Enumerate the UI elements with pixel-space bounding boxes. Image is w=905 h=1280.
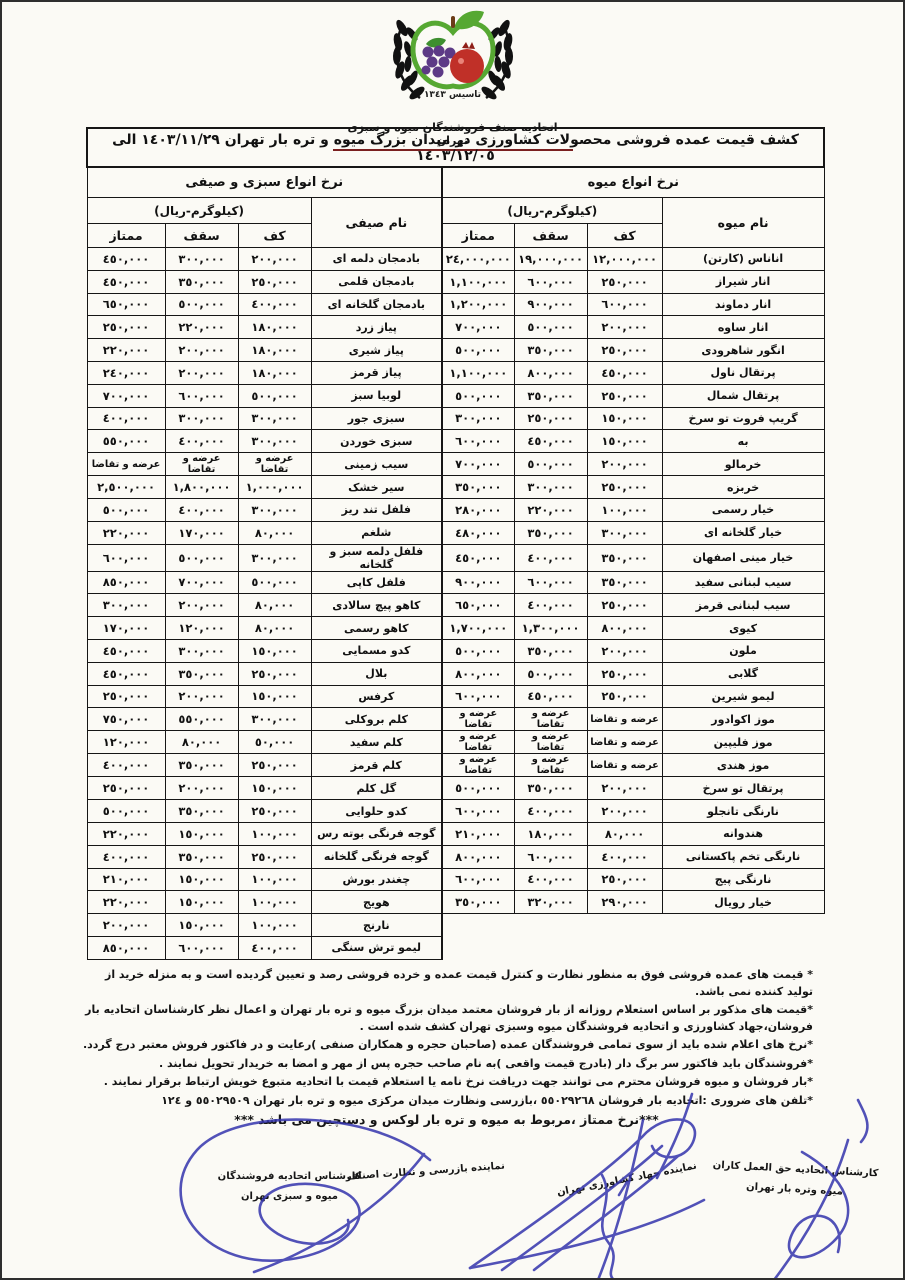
fruit-name-cell: خربزه xyxy=(662,476,824,499)
table-row: لیمو ترش سنگی٤٠٠,٠٠٠٦٠٠,٠٠٠٨٥٠,٠٠٠ xyxy=(87,936,824,959)
fruit-floor-cell: ٨٠,٠٠٠ xyxy=(587,822,662,845)
veg-floor-cell: ٣٠٠,٠٠٠ xyxy=(238,708,311,731)
fruit-premium-cell: ٦٠٠,٠٠٠ xyxy=(442,430,514,453)
fruit-premium-cell: ٦٠٠,٠٠٠ xyxy=(442,685,514,708)
veg-ceiling-cell: ٣٠٠,٠٠٠ xyxy=(165,407,238,430)
veg-ceiling-cell: ٥٥٠,٠٠٠ xyxy=(165,708,238,731)
signature-label-line: کارشناس اتحادیه فروشندگان xyxy=(218,1171,362,1182)
fruit-premium-cell: ٥٠٠,٠٠٠ xyxy=(442,639,514,662)
table-row: موز هندیعرضه و تقاضاعرضه و تقاضاعرضه و ت… xyxy=(87,754,824,777)
fruit-name-cell: اناناس (کارتن) xyxy=(662,248,824,271)
fruit-section-header: نرخ انواع میوه xyxy=(442,167,824,198)
veg-premium-cell: ٢٢٠,٠٠٠ xyxy=(87,891,165,914)
veg-name-cell: پیاز قرمز xyxy=(311,361,442,384)
veg-floor-cell: ١٠٠,٠٠٠ xyxy=(238,914,311,937)
table-row: خیار رویال٢٩٠,٠٠٠٣٢٠,٠٠٠٣٥٠,٠٠٠هویج١٠٠,٠… xyxy=(87,891,824,914)
fruit-ceiling-cell: ٢٥٠,٠٠٠ xyxy=(514,407,587,430)
veg-premium-header: ممتاز xyxy=(87,224,165,248)
veg-name-cell: پیاز زرد xyxy=(311,316,442,339)
table-row: اناناس (کارتن)١٢,٠٠٠,٠٠٠١٩,٠٠٠,٠٠٠٢٤,٠٠٠… xyxy=(87,248,824,271)
premium-rate-note: ***نرخ ممتاز ،مربوط به میوه و تره بار لو… xyxy=(80,1111,813,1130)
table-row: پرتقال تو سرخ٢٠٠,٠٠٠٣٥٠,٠٠٠٥٠٠,٠٠٠گل کلم… xyxy=(87,777,824,800)
fruit-ceiling-cell: ٣٠٠,٠٠٠ xyxy=(514,476,587,499)
fruit-floor-cell: ٢٩٠,٠٠٠ xyxy=(587,891,662,914)
veg-name-cell: فلفل کاپی xyxy=(311,571,442,594)
table-row: خیار گلخانه ای٣٠٠,٠٠٠٣٥٠,٠٠٠٤٨٠,٠٠٠شلغم٨… xyxy=(87,521,824,544)
fruit-premium-cell: ٤٨٠,٠٠٠ xyxy=(442,521,514,544)
fruit-premium-cell: ٦٠٠,٠٠٠ xyxy=(442,800,514,823)
veg-floor-cell: ٢٥٠,٠٠٠ xyxy=(238,845,311,868)
fruit-ceiling-cell: ٤٥٠,٠٠٠ xyxy=(514,430,587,453)
table-row: نارنگی تانجلو٢٠٠,٠٠٠٤٠٠,٠٠٠٦٠٠,٠٠٠کدو حل… xyxy=(87,800,824,823)
fruit-floor-cell: ٣٠٠,٠٠٠ xyxy=(587,521,662,544)
footnotes: * قیمت های عمده فروشی فوق به منظور نظارت… xyxy=(80,965,813,1132)
fruit-name-cell: موز فلیپین xyxy=(662,731,824,754)
fruit-floor-cell: ٦٠٠,٠٠٠ xyxy=(587,293,662,316)
fruit-premium-cell: ٢٨٠,٠٠٠ xyxy=(442,498,514,521)
veg-floor-cell: ٨٠,٠٠٠ xyxy=(238,617,311,640)
signature-label-commission-agents: کارشناس اتحادیه حق العمل کاران میوه وتره… xyxy=(704,1155,886,1204)
fruit-premium-cell: ١,٢٠٠,٠٠٠ xyxy=(442,293,514,316)
signature-label-sellers-union: کارشناس اتحادیه فروشندگان میوه و سبزی ته… xyxy=(212,1167,367,1207)
veg-ceiling-cell: ١٥٠,٠٠٠ xyxy=(165,868,238,891)
veg-ceiling-cell: ٣٥٠,٠٠٠ xyxy=(165,754,238,777)
fruit-floor-cell: ٢٥٠,٠٠٠ xyxy=(587,662,662,685)
fruit-ceiling-cell: ٥٠٠,٠٠٠ xyxy=(514,316,587,339)
table-row: خیار رسمی١٠٠,٠٠٠٢٢٠,٠٠٠٢٨٠,٠٠٠فلفل تند ر… xyxy=(87,498,824,521)
footnote-6-phones: *تلفن های ضروری :اتحادیه بار فروشان ٥٥٠٢… xyxy=(80,1093,813,1110)
table-row: نارنگی تخم پاکستانی٤٠٠,٠٠٠٦٠٠,٠٠٠٨٠٠,٠٠٠… xyxy=(87,845,824,868)
veg-name-cell: لوبیا سبز xyxy=(311,384,442,407)
veg-premium-cell: ٤٠٠,٠٠٠ xyxy=(87,407,165,430)
fruit-premium-cell: ٨٠٠,٠٠٠ xyxy=(442,662,514,685)
fruit-premium-cell: ٢١٠,٠٠٠ xyxy=(442,822,514,845)
fruit-floor-cell: ٣٥٠,٠٠٠ xyxy=(587,571,662,594)
veg-name-cell: گل کلم xyxy=(311,777,442,800)
veg-floor-cell: ١٥٠,٠٠٠ xyxy=(238,685,311,708)
price-table: کشف قیمت عمده فروشی محصولات کشاورزی در م… xyxy=(86,127,825,960)
fruit-ceiling-cell: ٤٠٠,٠٠٠ xyxy=(514,544,587,571)
veg-premium-cell: ٢,٥٠٠,٠٠٠ xyxy=(87,476,165,499)
fruit-premium-cell xyxy=(442,936,514,959)
veg-name-header: نام صیفی xyxy=(311,198,442,248)
signature-label-jahad-agriculture: نماینده جهاد کشاورزی تهران xyxy=(547,1155,708,1205)
veg-name-cell: کلم قرمز xyxy=(311,754,442,777)
table-row: خربزه٢٥٠,٠٠٠٣٠٠,٠٠٠٣٥٠,٠٠٠سیر خشک١,٠٠٠,٠… xyxy=(87,476,824,499)
fruit-premium-cell: ٧٠٠,٠٠٠ xyxy=(442,316,514,339)
table-title-row: کشف قیمت عمده فروشی محصولات کشاورزی در م… xyxy=(87,128,824,167)
fruit-premium-cell: عرضه و تقاضا xyxy=(442,708,514,731)
fruit-premium-cell xyxy=(442,914,514,937)
fruit-premium-cell: ١,١٠٠,٠٠٠ xyxy=(442,270,514,293)
veg-floor-cell: ١٨٠,٠٠٠ xyxy=(238,339,311,362)
veg-premium-cell: ٢٢٠,٠٠٠ xyxy=(87,339,165,362)
fruit-floor-cell: ١٥٠,٠٠٠ xyxy=(587,430,662,453)
veg-ceiling-cell: ١,٨٠٠,٠٠٠ xyxy=(165,476,238,499)
veg-floor-cell: ١٨٠,٠٠٠ xyxy=(238,316,311,339)
fruit-premium-cell: ٣٠٠,٠٠٠ xyxy=(442,407,514,430)
fruit-name-cell: سیب لبنانی قرمز xyxy=(662,594,824,617)
veg-premium-cell: ٥٥٠,٠٠٠ xyxy=(87,430,165,453)
table-row: انگور شاهرودی٢٥٠,٠٠٠٣٥٠,٠٠٠٥٠٠,٠٠٠پیاز ش… xyxy=(87,339,824,362)
fruit-name-cell: پرتقال تو سرخ xyxy=(662,777,824,800)
section-header-row: نرخ انواع میوه نرخ انواع سبزی و صیفی xyxy=(87,167,824,198)
fruit-premium-cell: ٥٠٠,٠٠٠ xyxy=(442,384,514,407)
veg-ceiling-cell: ٢٢٠,٠٠٠ xyxy=(165,316,238,339)
fruit-ceiling-cell xyxy=(514,936,587,959)
footnote-3: *نرخ های اعلام شده باید از سوی تمامی فرو… xyxy=(80,1037,813,1054)
footnote-5: *بار فروشان و میوه فروشان محترم می توانن… xyxy=(80,1074,813,1091)
fruit-name-cell: موز اکوادور xyxy=(662,708,824,731)
table-row: خرمالو٢٠٠,٠٠٠٥٠٠,٠٠٠٧٠٠,٠٠٠سیب زمینیعرضه… xyxy=(87,453,824,476)
veg-ceiling-cell: ٢٠٠,٠٠٠ xyxy=(165,594,238,617)
veg-name-cell: شلغم xyxy=(311,521,442,544)
fruit-name-cell: لیمو شیرین xyxy=(662,685,824,708)
fruit-name-cell: نارنگی تانجلو xyxy=(662,800,824,823)
fruit-ceiling-cell: ٣٥٠,٠٠٠ xyxy=(514,384,587,407)
veg-ceiling-cell: ٦٠٠,٠٠٠ xyxy=(165,384,238,407)
table-row: گلابی٢٥٠,٠٠٠٥٠٠,٠٠٠٨٠٠,٠٠٠بلال٢٥٠,٠٠٠٣٥٠… xyxy=(87,662,824,685)
table-row: هندوانه٨٠,٠٠٠١٨٠,٠٠٠٢١٠,٠٠٠گوجه فرنگی بو… xyxy=(87,822,824,845)
fruit-floor-cell: ٨٠٠,٠٠٠ xyxy=(587,617,662,640)
fruit-floor-cell: ٢٠٠,٠٠٠ xyxy=(587,639,662,662)
veg-name-cell: کلم سفید xyxy=(311,731,442,754)
fruit-floor-cell: ٢٥٠,٠٠٠ xyxy=(587,594,662,617)
veg-premium-cell: ٢٢٠,٠٠٠ xyxy=(87,521,165,544)
table-row: کیوی٨٠٠,٠٠٠١,٣٠٠,٠٠٠١,٧٠٠,٠٠٠کاهو رسمی٨٠… xyxy=(87,617,824,640)
table-row: نارنج١٠٠,٠٠٠١٥٠,٠٠٠٢٠٠,٠٠٠ xyxy=(87,914,824,937)
fruit-floor-cell: ٢٠٠,٠٠٠ xyxy=(587,453,662,476)
fruit-ceiling-cell: ٥٠٠,٠٠٠ xyxy=(514,453,587,476)
fruit-unit-header: (کیلوگرم-ریال) xyxy=(442,198,662,224)
veg-ceiling-cell: ١٥٠,٠٠٠ xyxy=(165,891,238,914)
fruit-ceiling-cell: ٤٥٠,٠٠٠ xyxy=(514,685,587,708)
veg-name-cell: نارنج xyxy=(311,914,442,937)
fruit-floor-cell: عرضه و تقاضا xyxy=(587,731,662,754)
veg-premium-cell: ١٢٠,٠٠٠ xyxy=(87,731,165,754)
veg-floor-cell: ٢٠٠,٠٠٠ xyxy=(238,248,311,271)
veg-ceiling-cell: ٤٠٠,٠٠٠ xyxy=(165,498,238,521)
fruit-name-cell: به xyxy=(662,430,824,453)
fruit-premium-cell: ٥٠٠,٠٠٠ xyxy=(442,777,514,800)
veg-floor-cell: ٣٠٠,٠٠٠ xyxy=(238,498,311,521)
veg-floor-cell: ٥٠٠,٠٠٠ xyxy=(238,571,311,594)
veg-name-cell: سبزی خوردن xyxy=(311,430,442,453)
unit-header-row: نام میوه (کیلوگرم-ریال) نام صیفی (کیلوگر… xyxy=(87,198,824,224)
fruit-ceiling-cell: ٦٠٠,٠٠٠ xyxy=(514,270,587,293)
fruit-floor-cell: ٢٠٠,٠٠٠ xyxy=(587,777,662,800)
signature-label-line: نماینده بازرسی و نظارت اصناف xyxy=(346,1161,505,1183)
fruit-floor-header: کف xyxy=(587,224,662,248)
fruit-ceiling-cell: عرضه و تقاضا xyxy=(514,754,587,777)
veg-premium-cell: ٤٥٠,٠٠٠ xyxy=(87,248,165,271)
veg-name-cell: گوجه فرنگی گلخانه xyxy=(311,845,442,868)
table-row: ملون٢٠٠,٠٠٠٣٥٠,٠٠٠٥٠٠,٠٠٠کدو مسمایی١٥٠,٠… xyxy=(87,639,824,662)
veg-unit-header: (کیلوگرم-ریال) xyxy=(87,198,311,224)
fruit-floor-cell: ٤٥٠,٠٠٠ xyxy=(587,361,662,384)
veg-floor-cell: ٢٥٠,٠٠٠ xyxy=(238,270,311,293)
fruit-name-cell: خرمالو xyxy=(662,453,824,476)
fruit-premium-cell: ٣٥٠,٠٠٠ xyxy=(442,891,514,914)
fruit-ceiling-cell: ٣٥٠,٠٠٠ xyxy=(514,339,587,362)
veg-name-cell: کدو مسمایی xyxy=(311,639,442,662)
grapes-icon xyxy=(421,38,455,78)
fruit-floor-cell: ١٠٠,٠٠٠ xyxy=(587,498,662,521)
veg-section-header: نرخ انواع سبزی و صیفی xyxy=(87,167,442,198)
fruit-premium-cell: ٨٠٠,٠٠٠ xyxy=(442,845,514,868)
veg-name-cell: بادمجان گلخانه ای xyxy=(311,293,442,316)
table-row: به١٥٠,٠٠٠٤٥٠,٠٠٠٦٠٠,٠٠٠سبزی خوردن٣٠٠,٠٠٠… xyxy=(87,430,824,453)
veg-ceiling-cell: ١٥٠,٠٠٠ xyxy=(165,822,238,845)
veg-floor-cell: ٢٥٠,٠٠٠ xyxy=(238,662,311,685)
veg-floor-cell: ١٠٠,٠٠٠ xyxy=(238,822,311,845)
veg-floor-cell: ٣٠٠,٠٠٠ xyxy=(238,544,311,571)
fruit-premium-cell: عرضه و تقاضا xyxy=(442,754,514,777)
veg-floor-cell: ١٥٠,٠٠٠ xyxy=(238,777,311,800)
fruit-premium-cell: عرضه و تقاضا xyxy=(442,731,514,754)
fruit-ceiling-cell: ٦٠٠,٠٠٠ xyxy=(514,845,587,868)
price-table-body: اناناس (کارتن)١٢,٠٠٠,٠٠٠١٩,٠٠٠,٠٠٠٢٤,٠٠٠… xyxy=(87,248,824,960)
veg-premium-cell: ٤٥٠,٠٠٠ xyxy=(87,639,165,662)
table-row: خیار مینی اصفهان٣٥٠,٠٠٠٤٠٠,٠٠٠٤٥٠,٠٠٠فلف… xyxy=(87,544,824,571)
fruit-floor-cell: ٢٥٠,٠٠٠ xyxy=(587,476,662,499)
table-row: انار شیراز٢٥٠,٠٠٠٦٠٠,٠٠٠١,١٠٠,٠٠٠بادمجان… xyxy=(87,270,824,293)
signature-label-line: میوه و سبزی تهران xyxy=(241,1191,338,1202)
fruit-name-cell: انار شیراز xyxy=(662,270,824,293)
veg-ceiling-cell: ٣٥٠,٠٠٠ xyxy=(165,270,238,293)
fruit-floor-cell: ٢٥٠,٠٠٠ xyxy=(587,339,662,362)
veg-ceiling-cell: ٣٥٠,٠٠٠ xyxy=(165,662,238,685)
footnote-2: *قیمت های مذکور بر اساس استعلام روزانه ا… xyxy=(80,1002,813,1035)
veg-ceiling-cell: ١٧٠,٠٠٠ xyxy=(165,521,238,544)
veg-floor-cell: عرضه و تقاضا xyxy=(238,453,311,476)
veg-ceiling-cell: ١٢٠,٠٠٠ xyxy=(165,617,238,640)
veg-premium-cell: ٢١٠,٠٠٠ xyxy=(87,868,165,891)
veg-premium-cell: ٨٥٠,٠٠٠ xyxy=(87,936,165,959)
fruit-floor-cell: ٢٥٠,٠٠٠ xyxy=(587,868,662,891)
fruit-floor-cell: ٢٥٠,٠٠٠ xyxy=(587,270,662,293)
fruit-name-cell: موز هندی xyxy=(662,754,824,777)
signature-label-guild-inspection: نماینده بازرسی و نظارت اصناف xyxy=(349,1157,505,1188)
veg-ceiling-cell: ٥٠٠,٠٠٠ xyxy=(165,544,238,571)
fruit-ceiling-cell: ٨٠٠,٠٠٠ xyxy=(514,361,587,384)
table-row: گریپ فروت تو سرخ١٥٠,٠٠٠٢٥٠,٠٠٠٣٠٠,٠٠٠سبز… xyxy=(87,407,824,430)
fruit-name-cell: انار ساوه xyxy=(662,316,824,339)
fruit-premium-cell: ٦٥٠,٠٠٠ xyxy=(442,594,514,617)
veg-name-cell: کاهو رسمی xyxy=(311,617,442,640)
veg-premium-cell: ٢٠٠,٠٠٠ xyxy=(87,914,165,937)
veg-ceiling-header: سقف xyxy=(165,224,238,248)
veg-name-cell: کرفس xyxy=(311,685,442,708)
table-row: انار ساوه٢٠٠,٠٠٠٥٠٠,٠٠٠٧٠٠,٠٠٠پیاز زرد١٨… xyxy=(87,316,824,339)
fruit-name-cell: خیار مینی اصفهان xyxy=(662,544,824,571)
veg-ceiling-cell: ٣٥٠,٠٠٠ xyxy=(165,845,238,868)
fruit-ceiling-cell: ٣٥٠,٠٠٠ xyxy=(514,521,587,544)
veg-premium-cell: ٤٥٠,٠٠٠ xyxy=(87,662,165,685)
veg-name-cell: چغندر بورش xyxy=(311,868,442,891)
veg-premium-cell: ٦٠٠,٠٠٠ xyxy=(87,544,165,571)
footnote-4: *فروشندگان باید فاکتور سر برگ دار (بادرج… xyxy=(80,1056,813,1073)
veg-name-cell: بادمجان دلمه ای xyxy=(311,248,442,271)
scanned-price-sheet: تاسیس ١٣٤٣ اتحادیه صنف فروشندگان میوه و … xyxy=(0,0,905,1280)
veg-premium-cell: ١٧٠,٠٠٠ xyxy=(87,617,165,640)
fruit-floor-cell: ٢٠٠,٠٠٠ xyxy=(587,800,662,823)
veg-floor-cell: ١٥٠,٠٠٠ xyxy=(238,639,311,662)
veg-premium-cell: ٨٥٠,٠٠٠ xyxy=(87,571,165,594)
veg-premium-cell: ٥٠٠,٠٠٠ xyxy=(87,800,165,823)
fruit-ceiling-cell: عرضه و تقاضا xyxy=(514,731,587,754)
veg-name-cell: بلال xyxy=(311,662,442,685)
table-row: سیب لبنانی قرمز٢٥٠,٠٠٠٤٠٠,٠٠٠٦٥٠,٠٠٠کاهو… xyxy=(87,594,824,617)
table-row: لیمو شیرین٢٥٠,٠٠٠٤٥٠,٠٠٠٦٠٠,٠٠٠کرفس١٥٠,٠… xyxy=(87,685,824,708)
veg-floor-cell: ٨٠,٠٠٠ xyxy=(238,594,311,617)
veg-ceiling-cell: ١٥٠,٠٠٠ xyxy=(165,914,238,937)
veg-premium-cell: ٢٥٠,٠٠٠ xyxy=(87,685,165,708)
veg-ceiling-cell: ٨٠,٠٠٠ xyxy=(165,731,238,754)
veg-ceiling-cell: ٣٠٠,٠٠٠ xyxy=(165,639,238,662)
table-row: موز اکوادورعرضه و تقاضاعرضه و تقاضاعرضه … xyxy=(87,708,824,731)
veg-ceiling-cell: ٤٠٠,٠٠٠ xyxy=(165,430,238,453)
fruit-name-cell: ملون xyxy=(662,639,824,662)
fruit-name-cell: نارنگی تخم پاکستانی xyxy=(662,845,824,868)
veg-name-cell: سبزی جور xyxy=(311,407,442,430)
fruit-ceiling-cell: ٢٢٠,٠٠٠ xyxy=(514,498,587,521)
veg-premium-cell: ٢٢٠,٠٠٠ xyxy=(87,822,165,845)
pomegranate-icon xyxy=(450,42,484,83)
fruit-name-header: نام میوه xyxy=(662,198,824,248)
fruit-floor-cell xyxy=(587,914,662,937)
veg-name-cell: کلم بروکلی xyxy=(311,708,442,731)
fruit-ceiling-cell: ٤٠٠,٠٠٠ xyxy=(514,868,587,891)
fruit-floor-cell: ٢٥٠,٠٠٠ xyxy=(587,685,662,708)
veg-floor-cell: ٤٠٠,٠٠٠ xyxy=(238,936,311,959)
veg-floor-cell: ١,٠٠٠,٠٠٠ xyxy=(238,476,311,499)
veg-name-cell: هویج xyxy=(311,891,442,914)
veg-floor-cell: ١٨٠,٠٠٠ xyxy=(238,361,311,384)
veg-name-cell: فلفل دلمه سبز و گلخانه xyxy=(311,544,442,571)
signature-label-line: کارشناس اتحادیه حق العمل کاران xyxy=(712,1160,878,1180)
veg-name-cell: لیمو ترش سنگی xyxy=(311,936,442,959)
veg-premium-cell: ٤٠٠,٠٠٠ xyxy=(87,754,165,777)
fruit-floor-cell: ٤٠٠,٠٠٠ xyxy=(587,845,662,868)
fruit-name-cell: خیار گلخانه ای xyxy=(662,521,824,544)
fruit-ceiling-cell: ٤٠٠,٠٠٠ xyxy=(514,800,587,823)
fruit-ceiling-cell: ١٨٠,٠٠٠ xyxy=(514,822,587,845)
fruit-name-cell: انگور شاهرودی xyxy=(662,339,824,362)
veg-premium-cell: ٧٥٠,٠٠٠ xyxy=(87,708,165,731)
veg-ceiling-cell: ٢٠٠,٠٠٠ xyxy=(165,777,238,800)
fruit-floor-cell: ١٥٠,٠٠٠ xyxy=(587,407,662,430)
veg-premium-cell: ٦٥٠,٠٠٠ xyxy=(87,293,165,316)
table-title: کشف قیمت عمده فروشی محصولات کشاورزی در م… xyxy=(87,128,824,167)
veg-premium-cell: ٢٤٠,٠٠٠ xyxy=(87,361,165,384)
veg-floor-cell: ٥٠,٠٠٠ xyxy=(238,731,311,754)
fruit-name-cell: نارنگی پیج xyxy=(662,868,824,891)
fruit-floor-cell: عرضه و تقاضا xyxy=(587,708,662,731)
fruit-ceiling-cell: ٣٥٠,٠٠٠ xyxy=(514,639,587,662)
veg-name-cell: کاهو پیچ سالادی xyxy=(311,594,442,617)
veg-premium-cell: ٢٥٠,٠٠٠ xyxy=(87,777,165,800)
fruit-name-cell: گریپ فروت تو سرخ xyxy=(662,407,824,430)
veg-premium-cell: ٢٥٠,٠٠٠ xyxy=(87,316,165,339)
table-row: سیب لبنانی سفید٣٥٠,٠٠٠٦٠٠,٠٠٠٩٠٠,٠٠٠فلفل… xyxy=(87,571,824,594)
fruit-name-cell: کیوی xyxy=(662,617,824,640)
veg-floor-cell: ٢٥٠,٠٠٠ xyxy=(238,800,311,823)
veg-floor-cell: ٤٠٠,٠٠٠ xyxy=(238,293,311,316)
fruit-premium-cell: ٥٠٠,٠٠٠ xyxy=(442,339,514,362)
signature-label-line: میوه وتره بار تهران xyxy=(746,1181,843,1197)
fruit-name-cell: خیار رویال xyxy=(662,891,824,914)
table-row: پرتقال ناول٤٥٠,٠٠٠٨٠٠,٠٠٠١,١٠٠,٠٠٠پیاز ق… xyxy=(87,361,824,384)
fruit-name-cell: انار دماوند xyxy=(662,293,824,316)
fruit-premium-cell: ٣٥٠,٠٠٠ xyxy=(442,476,514,499)
veg-floor-cell: ٥٠٠,٠٠٠ xyxy=(238,384,311,407)
veg-ceiling-cell: ٢٠٠,٠٠٠ xyxy=(165,361,238,384)
veg-ceiling-cell: ٥٠٠,٠٠٠ xyxy=(165,293,238,316)
veg-floor-cell: ٨٠,٠٠٠ xyxy=(238,521,311,544)
veg-premium-cell: عرضه و تقاضا xyxy=(87,453,165,476)
logo-established-text: تاسیس ١٣٤٣ xyxy=(333,90,573,100)
veg-ceiling-cell: ٣٠٠,٠٠٠ xyxy=(165,248,238,271)
fruit-name-cell: سیب لبنانی سفید xyxy=(662,571,824,594)
fruit-premium-cell: ٧٠٠,٠٠٠ xyxy=(442,453,514,476)
fruit-premium-cell: ٦٠٠,٠٠٠ xyxy=(442,868,514,891)
footnote-1: * قیمت های عمده فروشی فوق به منظور نظارت… xyxy=(80,967,813,1000)
fruit-floor-cell: عرضه و تقاضا xyxy=(587,754,662,777)
table-row: پرتقال شمال٢٥٠,٠٠٠٣٥٠,٠٠٠٥٠٠,٠٠٠لوبیا سب… xyxy=(87,384,824,407)
fruit-ceiling-header: سقف xyxy=(514,224,587,248)
veg-name-cell: گوجه فرنگی بوته رس xyxy=(311,822,442,845)
fruit-premium-cell: ١,٧٠٠,٠٠٠ xyxy=(442,617,514,640)
veg-floor-cell: ١٠٠,٠٠٠ xyxy=(238,891,311,914)
fruit-floor-cell: ١٢,٠٠٠,٠٠٠ xyxy=(587,248,662,271)
table-row: موز فلیپینعرضه و تقاضاعرضه و تقاضاعرضه و… xyxy=(87,731,824,754)
veg-floor-cell: ٣٠٠,٠٠٠ xyxy=(238,407,311,430)
fruit-name-cell: پرتقال شمال xyxy=(662,384,824,407)
fruit-premium-cell: ١,١٠٠,٠٠٠ xyxy=(442,361,514,384)
veg-premium-cell: ٤٠٠,٠٠٠ xyxy=(87,845,165,868)
table-row: انار دماوند٦٠٠,٠٠٠٩٠٠,٠٠٠١,٢٠٠,٠٠٠بادمجا… xyxy=(87,293,824,316)
veg-floor-header: کف xyxy=(238,224,311,248)
fruit-ceiling-cell: ٩٠٠,٠٠٠ xyxy=(514,293,587,316)
veg-premium-cell: ٧٠٠,٠٠٠ xyxy=(87,384,165,407)
fruit-premium-cell: ٤٥٠,٠٠٠ xyxy=(442,544,514,571)
veg-ceiling-cell: عرضه و تقاضا xyxy=(165,453,238,476)
table-row: نارنگی پیج٢٥٠,٠٠٠٤٠٠,٠٠٠٦٠٠,٠٠٠چغندر بور… xyxy=(87,868,824,891)
veg-name-cell: فلفل تند ریز xyxy=(311,498,442,521)
fruit-ceiling-cell: ٣٥٠,٠٠٠ xyxy=(514,777,587,800)
fruit-name-cell xyxy=(662,914,824,937)
fruit-floor-cell xyxy=(587,936,662,959)
veg-floor-cell: ٢٥٠,٠٠٠ xyxy=(238,754,311,777)
fruit-premium-cell: ٩٠٠,٠٠٠ xyxy=(442,571,514,594)
veg-premium-cell: ٣٠٠,٠٠٠ xyxy=(87,594,165,617)
veg-premium-cell: ٤٥٠,٠٠٠ xyxy=(87,270,165,293)
fruit-floor-cell: ٣٥٠,٠٠٠ xyxy=(587,544,662,571)
fruit-ceiling-cell: ٤٠٠,٠٠٠ xyxy=(514,594,587,617)
veg-name-cell: کدو حلوایی xyxy=(311,800,442,823)
fruit-name-cell: گلابی xyxy=(662,662,824,685)
veg-name-cell: سیب زمینی xyxy=(311,453,442,476)
veg-premium-cell: ٥٠٠,٠٠٠ xyxy=(87,498,165,521)
fruit-ceiling-cell: ١٩,٠٠٠,٠٠٠ xyxy=(514,248,587,271)
veg-floor-cell: ١٠٠,٠٠٠ xyxy=(238,868,311,891)
veg-ceiling-cell: ٢٠٠,٠٠٠ xyxy=(165,685,238,708)
veg-ceiling-cell: ٦٠٠,٠٠٠ xyxy=(165,936,238,959)
veg-ceiling-cell: ٣٥٠,٠٠٠ xyxy=(165,800,238,823)
veg-ceiling-cell: ٢٠٠,٠٠٠ xyxy=(165,339,238,362)
fruit-name-cell: هندوانه xyxy=(662,822,824,845)
